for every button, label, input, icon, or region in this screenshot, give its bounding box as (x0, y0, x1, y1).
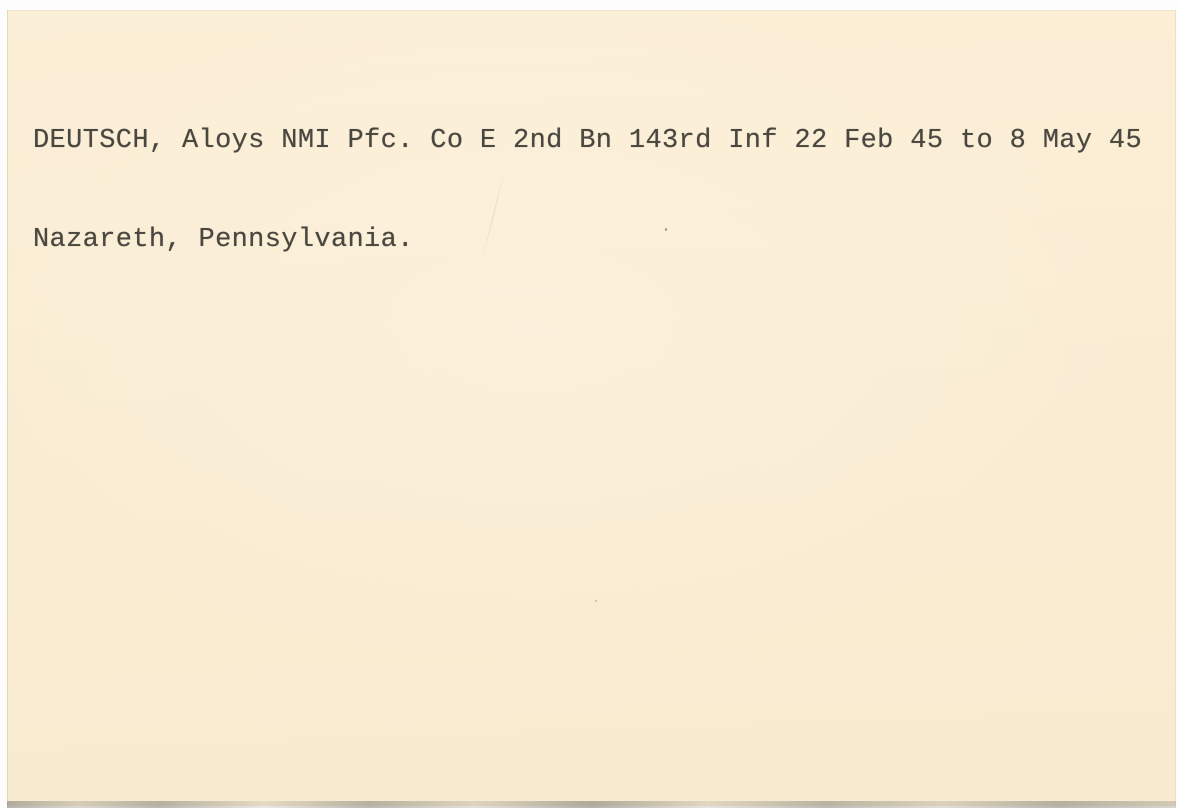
scanned-document: DEUTSCH, Aloys NMI Pfc. Co E 2nd Bn 143r… (0, 0, 1180, 808)
service-record-line: DEUTSCH, Aloys NMI Pfc. Co E 2nd Bn 143r… (33, 125, 1142, 158)
index-card: DEUTSCH, Aloys NMI Pfc. Co E 2nd Bn 143r… (7, 10, 1176, 806)
hometown-line: Nazareth, Pennsylvania. (33, 224, 1142, 257)
paper-speck (665, 228, 667, 231)
card-edge-shadow (7, 801, 1176, 808)
typewritten-text: DEUTSCH, Aloys NMI Pfc. Co E 2nd Bn 143r… (33, 59, 1142, 323)
paper-speck (595, 600, 597, 602)
